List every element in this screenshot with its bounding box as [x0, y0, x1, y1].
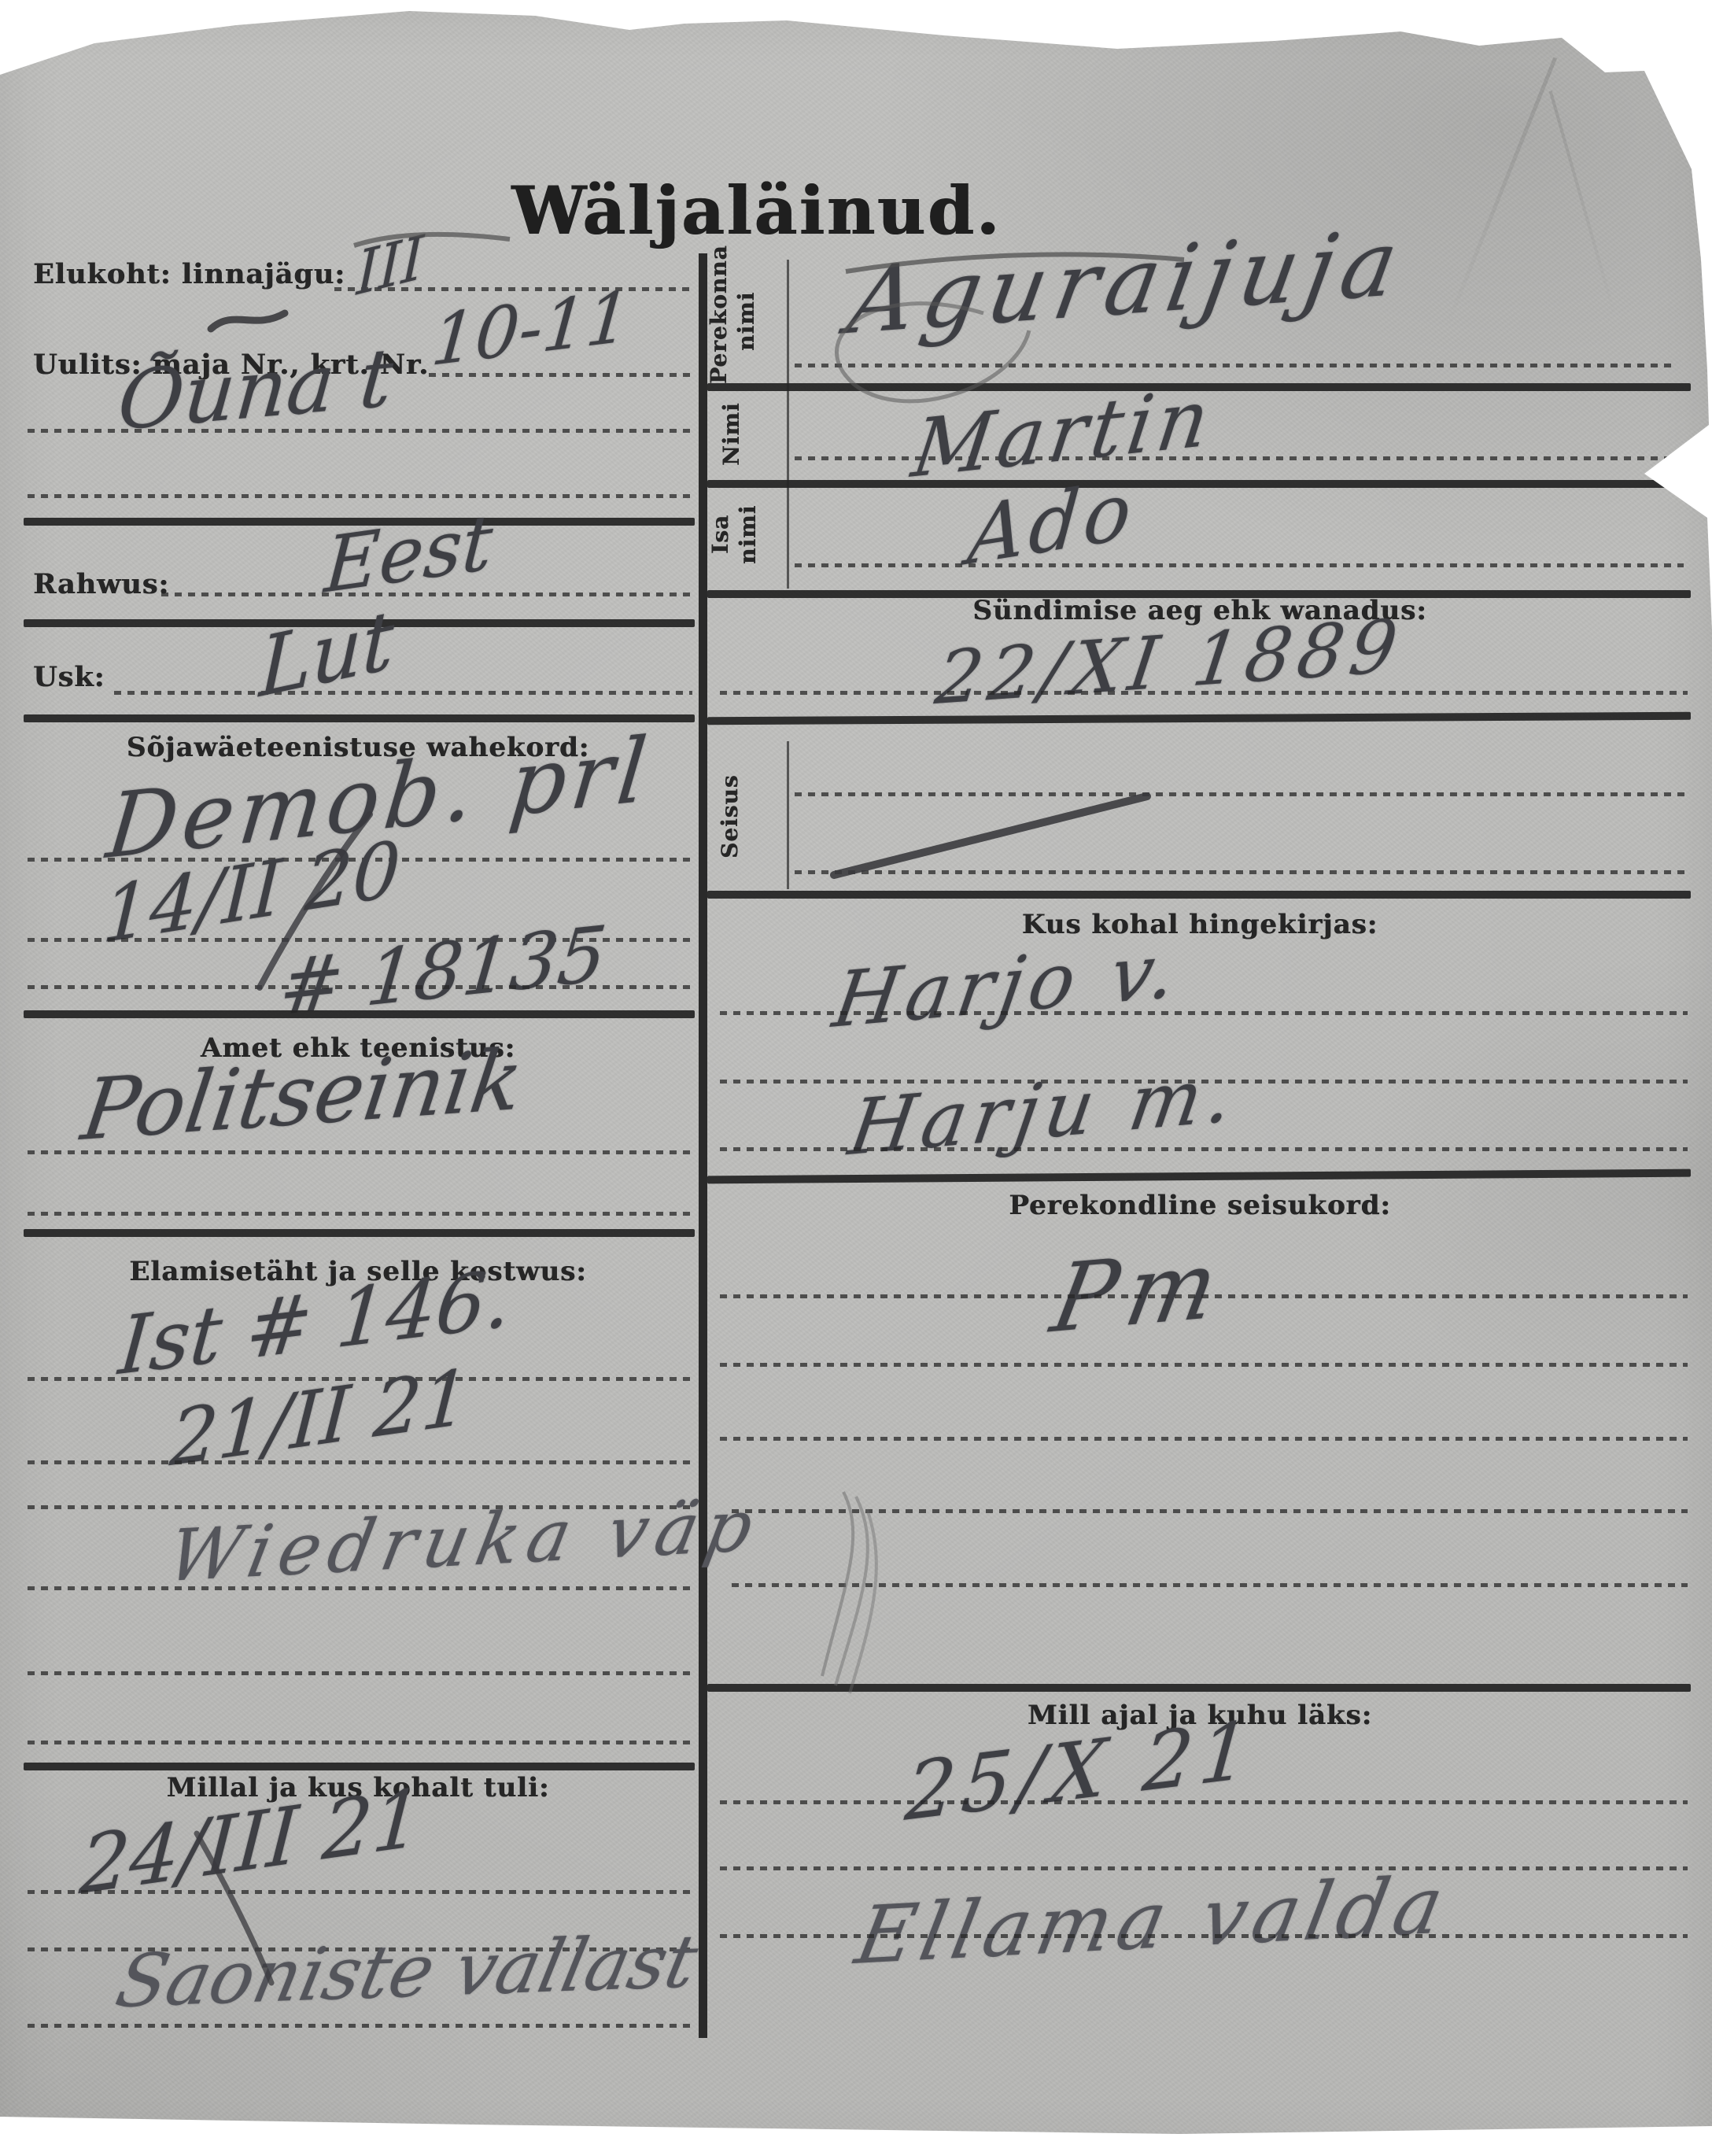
ink-tilde [211, 313, 285, 329]
perekondline-value: Pm [1044, 1228, 1238, 1354]
seisus-label: Seisus [716, 744, 752, 889]
hingekirjas-line1: Harjo v. [828, 925, 1189, 1046]
scanned-document-canvas: Wäljaläinud. Elukoht: linnajägu: III Uul… [0, 0, 1712, 2156]
dotted-line [28, 1212, 695, 1216]
millal-tuli-line2: Saoniste vallast [109, 1919, 705, 2025]
usk-label: Usk: [33, 661, 105, 693]
form-title: Wäljaläinud. [511, 172, 1002, 249]
dotted-line [28, 429, 695, 433]
dotted-line [795, 870, 1688, 874]
dotted-line [28, 1150, 695, 1154]
dotted-line [28, 1586, 695, 1590]
rule-line [707, 891, 1691, 899]
dotted-line [720, 1294, 1688, 1298]
dotted-line [28, 1671, 695, 1675]
dotted-line [795, 563, 1684, 567]
rule-line [24, 1229, 695, 1237]
dotted-line [720, 691, 1688, 695]
rule-line [24, 1010, 695, 1018]
dotted-line [732, 1509, 1688, 1513]
dotted-line [720, 1866, 1688, 1870]
dotted-line [114, 691, 692, 695]
elamisetaht-line3: Wiedruka väp [161, 1484, 767, 1599]
dotted-line [720, 1363, 1688, 1367]
dotted-line [720, 1011, 1688, 1015]
pencil-scribble [850, 1509, 876, 1693]
rule-line [707, 712, 1691, 725]
paper-crease [1549, 90, 1618, 318]
dotted-line [720, 1147, 1688, 1151]
nimi-label: Nimi [718, 392, 754, 477]
dotted-line [28, 1890, 695, 1894]
dotted-line [720, 1934, 1688, 1938]
elukoht-label: Elukoht: linnajägu: [33, 258, 345, 290]
dotted-line [28, 985, 695, 989]
dotted-line [720, 1800, 1688, 1804]
paper-crease [1444, 57, 1557, 329]
elukoht-value: III [356, 223, 425, 310]
hingekirjas-label: Kus kohal hingekirjas: [708, 909, 1692, 940]
rule-line [707, 1684, 1691, 1692]
dotted-line [732, 1583, 1688, 1587]
pencil-scribble [836, 1497, 868, 1685]
perekonna-nimi-label: Perekonna nimi [705, 258, 774, 384]
isa-nimi-label: Isa nimi [707, 486, 771, 582]
dotted-line [28, 1460, 695, 1464]
paper-sheet: Wäljaläinud. Elukoht: linnajägu: III Uul… [0, 0, 1712, 2156]
label-separator-line [787, 260, 789, 589]
label-separator-line [787, 741, 789, 889]
dotted-line [720, 1437, 1688, 1441]
dotted-line [795, 792, 1688, 796]
dotted-line [28, 494, 695, 498]
rule-line [24, 1763, 695, 1770]
rule-line [24, 714, 695, 722]
dotted-line [28, 1741, 695, 1744]
rule-line [707, 480, 1691, 488]
rahwus-label: Rahwus: [33, 568, 169, 600]
dotted-line [28, 2024, 695, 2028]
dotted-line [795, 364, 1672, 367]
hingekirjas-line2: Harju m. [843, 1049, 1245, 1172]
usk-value: Lut [258, 592, 396, 717]
kuhu-laks-line2: Ellama valda [849, 1859, 1457, 1983]
seisus-dash-mark [834, 796, 1147, 875]
perekondline-label: Perekondline seisukord: [708, 1190, 1692, 1221]
